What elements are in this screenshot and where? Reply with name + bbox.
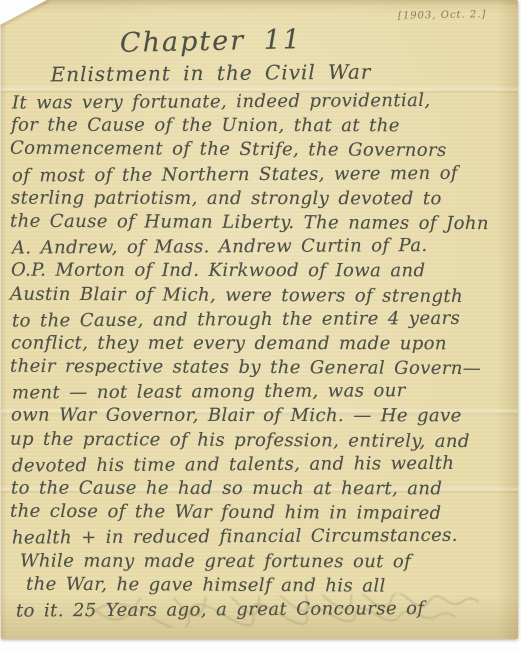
chapter-title: Chapter 11: [61, 23, 362, 60]
manuscript-line: the Cause of Human Liberty. The names of…: [10, 210, 514, 237]
manuscript-line: to the Cause, and through the entire 4 y…: [12, 306, 514, 333]
manuscript-line: While many made great fortunes out of: [20, 549, 514, 574]
manuscript-line: It was very fortunate, indeed providenti…: [12, 88, 514, 115]
manuscript-body: It was very fortunate, indeed providenti…: [10, 90, 514, 622]
scanned-manuscript-page: [1903, Oct. 2.] Chapter 11 Enlistment in…: [0, 0, 521, 650]
manuscript-line: A. Andrew, of Mass. Andrew Curtin of Pa.: [12, 234, 514, 261]
manuscript-line: Austin Blair of Mich, were towers of str…: [10, 282, 514, 309]
manuscript-line: conflict, they met every demand made upo…: [11, 331, 514, 356]
manuscript-line: up the practice of his profession, entir…: [10, 427, 514, 454]
manuscript-line: ment — not least among them, was our: [12, 379, 514, 406]
manuscript-line: their respective states by the General G…: [10, 355, 514, 382]
manuscript-line: devoted his time and talents, and his we…: [12, 451, 514, 478]
paper-sheet: [1903, Oct. 2.] Chapter 11 Enlistment in…: [1, 0, 518, 639]
manuscript-line: of most of the Northern States, were men…: [12, 161, 514, 188]
manuscript-line: sterling patriotism, and strongly devote…: [11, 186, 514, 211]
manuscript-line: O.P. Morton of Ind. Kirkwood of Iowa and: [11, 259, 514, 284]
manuscript-line: Commencement of the Strife, the Governor…: [10, 137, 514, 164]
manuscript-line: the close of the War found him in impair…: [10, 500, 514, 527]
manuscript-line: to the Cause he had so much at heart, an…: [11, 477, 514, 502]
chapter-subtitle: Enlistment in the Civil War: [11, 59, 411, 86]
archival-date-note: [1903, Oct. 2.]: [398, 9, 487, 22]
manuscript-line: for the Cause of the Union, that at the: [11, 114, 514, 139]
manuscript-line: health + in reduced financial Circumstan…: [12, 524, 514, 551]
manuscript-line: own War Governor, Blair of Mich. — He ga…: [11, 404, 514, 429]
